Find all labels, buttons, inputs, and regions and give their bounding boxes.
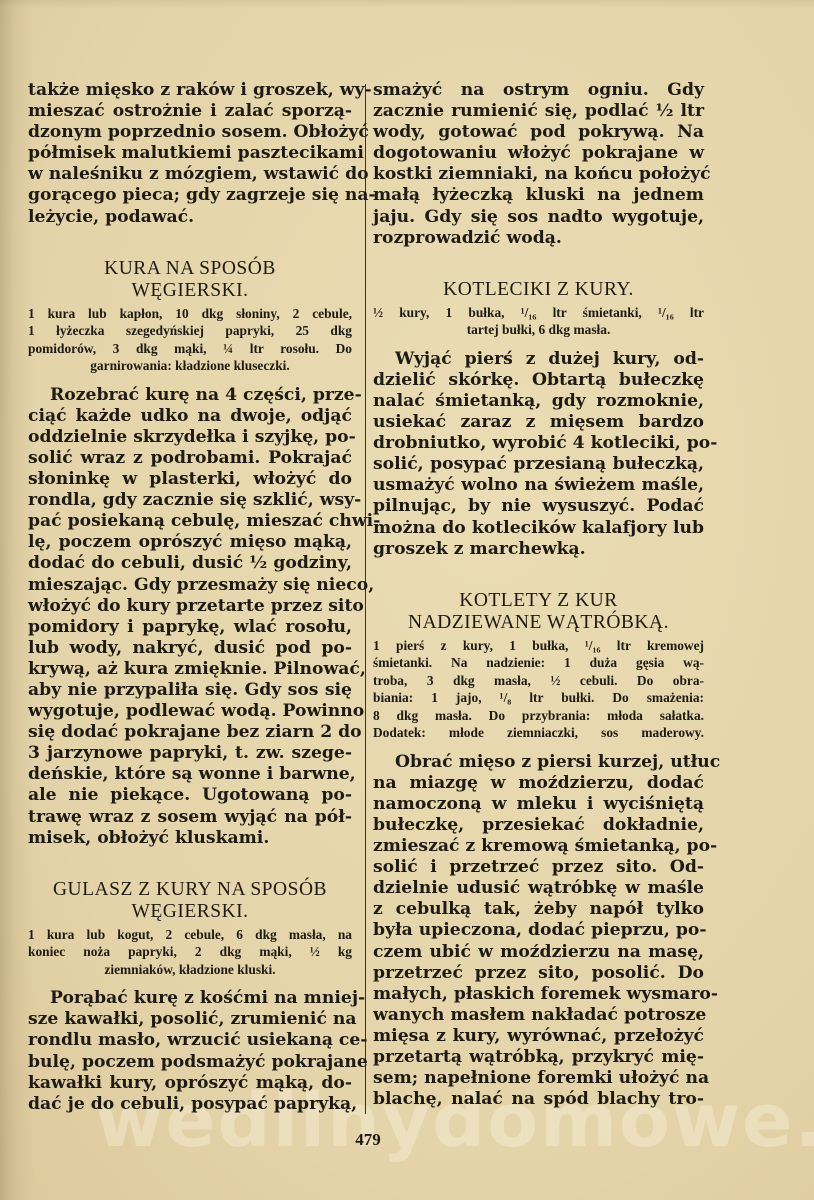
recipe-kotleciki-z-kury: KOTLECIKI Z KURY. ½ kury, 1 bułka, ¹/₁₆ … xyxy=(373,279,704,560)
ingredients-list: ½ kury, 1 bułka, ¹/₁₆ ltr śmietanki, ¹/₁… xyxy=(373,304,704,339)
text-line: solić wraz z podrobami. Pokrajać xyxy=(28,448,352,469)
text-line: zacznie rumienić się, podlać ½ ltr xyxy=(373,101,704,122)
text-line: trawę wraz z sosem wyjąć na pół- xyxy=(28,807,352,828)
ingredients-line: tartej bułki, 6 dkg masła. xyxy=(373,321,704,339)
text-line: Obrać mięso z piersi kurzej, utłuc xyxy=(373,752,704,773)
recipe-title: KURA NA SPOSÓB WĘGIERSKI. xyxy=(28,258,352,302)
recipe-title: KOTLECIKI Z KURY. xyxy=(373,279,704,301)
title-line: WĘGIERSKI. xyxy=(131,280,248,301)
column-divider xyxy=(365,84,366,1114)
left-column: także mięsko z raków i groszek, wy- mies… xyxy=(28,80,352,1115)
text-line: na miazgę w moździerzu, dodać xyxy=(373,773,704,794)
text-line: sem; napełnione foremki ułożyć na xyxy=(373,1068,704,1089)
text-line: dogotowaniu włożyć pokrajane w xyxy=(373,143,704,164)
text-line: bułeczkę, przesiekać dokładnie, xyxy=(373,815,704,836)
text-line: półmisek malutkiemi pasztecikami xyxy=(28,143,352,164)
recipe-instructions: Wyjąć pierś z dużej kury, od- dzielić sk… xyxy=(373,349,704,560)
text-line: dać je do cebuli, posypać papryką, xyxy=(28,1094,352,1115)
ingredients-line: ½ kury, 1 bułka, ¹/₁₆ ltr śmietanki, ¹/₁… xyxy=(373,304,704,322)
text-line: namoczoną w mleku i wyciśniętą xyxy=(373,794,704,815)
title-line: GULASZ Z KURY NA SPOSÓB xyxy=(53,879,327,900)
ingredients-line: biania: 1 jajo, ¹/₈ ltr bułki. Do smażen… xyxy=(373,689,704,707)
text-line: można do kotlecików kalafjory lub xyxy=(373,518,704,539)
text-line: gorącego pieca; gdy zagrzeje się na- xyxy=(28,185,352,206)
text-line: jaju. Gdy się sos nadto wygotuje, xyxy=(373,207,704,228)
text-line: pać posiekaną cebulę, mieszać chwi- xyxy=(28,511,352,532)
ingredients-line: Dodatek: młode ziemniaczki, sos maderowy… xyxy=(373,724,704,742)
text-line: przetrzeć przez sito, posolić. Do xyxy=(373,963,704,984)
continuation-text: smażyć na ostrym ogniu. Gdy zacznie rumi… xyxy=(373,80,704,249)
text-line: nalać śmietanką, gdy rozmoknie, xyxy=(373,391,704,412)
ingredients-line: pomidorów, 3 dkg mąki, ¼ ltr rosołu. Do xyxy=(28,340,352,358)
text-line: groszek z marchewką. xyxy=(373,539,704,560)
text-line: mieszać ostrożnie i zalać sporzą- xyxy=(28,101,352,122)
ingredients-list: 1 kura lub kapłon, 10 dkg słoniny, 2 ceb… xyxy=(28,305,352,375)
ingredients-line: 1 kura lub kogut, 2 cebule, 6 dkg masła,… xyxy=(28,926,352,944)
text-line: bulę, poczem podsmażyć pokrajane xyxy=(28,1052,352,1073)
text-line: smażyć na ostrym ogniu. Gdy xyxy=(373,80,704,101)
text-line: Wyjąć pierś z dużej kury, od- xyxy=(373,349,704,370)
text-line: przetartą wątróbką, przykryć mię- xyxy=(373,1047,704,1068)
text-line: włożyć do kury przetarte przez sito xyxy=(28,596,352,617)
ingredients-line: śmietanki. Na nadzienie: 1 duża gęsia wą… xyxy=(373,654,704,672)
recipe-kotlety-z-kur-nadziewane-watrobka: KOTLETY Z KUR NADZIEWANE WĄTRÓBKĄ. 1 pie… xyxy=(373,590,704,1111)
text-line: pilnując, by nie wysuszyć. Podać xyxy=(373,496,704,517)
text-line: pomidory i paprykę, wlać rosołu, xyxy=(28,617,352,638)
text-line: się dodać pokrajane bez ziarn 2 do xyxy=(28,722,352,743)
text-line: blachę, nalać na spód blachy tro- xyxy=(373,1089,704,1110)
recipe-gulasz-z-kury: GULASZ Z KURY NA SPOSÓB WĘGIERSKI. 1 kur… xyxy=(28,879,352,1115)
recipe-instructions: Obrać mięso z piersi kurzej, utłuc na mi… xyxy=(373,752,704,1111)
text-line: Porąbać kurę z kośćmi na mniej- xyxy=(28,988,352,1009)
text-line: mieszając. Gdy przesmaży się nieco, xyxy=(28,575,352,596)
text-line: wygotuje, podlewać wodą. Powinno xyxy=(28,701,352,722)
title-line: KOTLETY Z KUR xyxy=(459,590,618,611)
text-line: rozprowadzić wodą. xyxy=(373,228,704,249)
text-line: krywą, aż kura zmięknie. Pilnować, xyxy=(28,659,352,680)
text-line: misek, obłożyć kluskami. xyxy=(28,828,352,849)
ingredients-line: garnirowania: kładzione kluseczki. xyxy=(28,357,352,375)
title-line: NADZIEWANE WĄTRÓBKĄ. xyxy=(408,612,669,633)
text-line: dodać do cebuli, dusić ½ godziny, xyxy=(28,553,352,574)
text-line: małych, płaskich foremek wysmaro- xyxy=(373,984,704,1005)
text-line: rondlu masło, wrzucić usiekaną ce- xyxy=(28,1030,352,1051)
text-line: także mięsko z raków i groszek, wy- xyxy=(28,80,352,101)
text-line: była upieczona, dodać pieprzu, po- xyxy=(373,920,704,941)
ingredients-line: 1 łyżeczka szegedyńskiej papryki, 25 dkg xyxy=(28,322,352,340)
text-line: wody, gotować pod pokrywą. Na xyxy=(373,122,704,143)
text-line: małą łyżeczką kluski na jednem xyxy=(373,185,704,206)
title-line: WĘGIERSKI. xyxy=(131,901,248,922)
recipe-instructions: Porąbać kurę z kośćmi na mniej- sze kawa… xyxy=(28,988,352,1115)
text-line: dzonym poprzednio sosem. Obłożyć xyxy=(28,122,352,143)
text-line: ale nie piekące. Ugotowaną po- xyxy=(28,785,352,806)
text-line: leżycie, podawać. xyxy=(28,207,352,228)
ingredients-line: koniec noża papryki, 2 dkg mąki, ½ kg xyxy=(28,943,352,961)
right-column: smażyć na ostrym ogniu. Gdy zacznie rumi… xyxy=(373,80,704,1110)
text-line: solić, posypać przesianą bułeczką, xyxy=(373,454,704,475)
ingredients-line: 8 dkg masła. Do przybrania: młoda sałatk… xyxy=(373,707,704,725)
text-line: dzielić skórkę. Obtartą bułeczkę xyxy=(373,370,704,391)
recipe-title: GULASZ Z KURY NA SPOSÓB WĘGIERSKI. xyxy=(28,879,352,923)
text-line: czem ubić w moździerzu na masę, xyxy=(373,942,704,963)
text-line: dzielnie udusić wątróbkę w maśle xyxy=(373,878,704,899)
ingredients-list: 1 kura lub kogut, 2 cebule, 6 dkg masła,… xyxy=(28,926,352,979)
recipe-title: KOTLETY Z KUR NADZIEWANE WĄTRÓBKĄ. xyxy=(373,590,704,634)
text-line: sze kawałki, posolić, zrumienić na xyxy=(28,1009,352,1030)
ingredients-list: 1 pierś z kury, 1 bułka, ¹/₁₆ ltr kremow… xyxy=(373,637,704,742)
text-line: usiekać zaraz z mięsem bardzo xyxy=(373,412,704,433)
ingredients-line: 1 kura lub kapłon, 10 dkg słoniny, 2 ceb… xyxy=(28,305,352,323)
text-line: oddzielnie skrzydełka i szyjkę, po- xyxy=(28,427,352,448)
text-line: z cebulką tak, żeby napół tylko xyxy=(373,899,704,920)
text-line: zmieszać z kremową śmietanką, po- xyxy=(373,836,704,857)
page-number: 479 xyxy=(0,1130,736,1150)
text-line: ciąć każde udko na dwoje, odjąć xyxy=(28,406,352,427)
text-line: rondla, gdy zacznie się szklić, wsy- xyxy=(28,490,352,511)
text-line: mięsa z kury, wyrównać, przełożyć xyxy=(373,1026,704,1047)
text-line: Rozebrać kurę na 4 części, prze- xyxy=(28,385,352,406)
ingredients-line: 1 pierś z kury, 1 bułka, ¹/₁₆ ltr kremow… xyxy=(373,637,704,655)
text-line: drobniutko, wyrobić 4 kotleciki, po- xyxy=(373,433,704,454)
continuation-text: także mięsko z raków i groszek, wy- mies… xyxy=(28,80,352,228)
recipe-kura-na-sposob-wegierski: KURA NA SPOSÓB WĘGIERSKI. 1 kura lub kap… xyxy=(28,258,352,849)
text-line: lub wody, nakryć, dusić pod po- xyxy=(28,638,352,659)
text-line: deńskie, które są wonne i barwne, xyxy=(28,764,352,785)
text-line: kawałki kury, oprószyć mąką, do- xyxy=(28,1073,352,1094)
text-line: 3 jarzynowe papryki, t. zw. szege- xyxy=(28,743,352,764)
text-line: aby nie przypaliła się. Gdy sos się xyxy=(28,680,352,701)
text-line: słoninkę w plasterki, włożyć do xyxy=(28,469,352,490)
title-line: KURA NA SPOSÓB xyxy=(104,258,276,279)
recipe-instructions: Rozebrać kurę na 4 części, prze- ciąć ka… xyxy=(28,385,352,849)
text-line: w naleśniku z mózgiem, wstawić do xyxy=(28,164,352,185)
ingredients-line: ziemniaków, kładzione kluski. xyxy=(28,961,352,979)
title-line: KOTLECIKI Z KURY. xyxy=(443,279,634,300)
text-line: wanych masłem nakładać potrosze xyxy=(373,1005,704,1026)
text-line: usmażyć wolno na świeżem maśle, xyxy=(373,475,704,496)
ingredients-line: troba, 3 dkg masła, ½ cebuli. Do obra- xyxy=(373,672,704,690)
text-line: lę, poczem oprószyć mięso mąką, xyxy=(28,532,352,553)
text-line: kostki ziemniaki, na końcu położyć xyxy=(373,164,704,185)
text-line: solić i przetrzeć przez sito. Od- xyxy=(373,857,704,878)
